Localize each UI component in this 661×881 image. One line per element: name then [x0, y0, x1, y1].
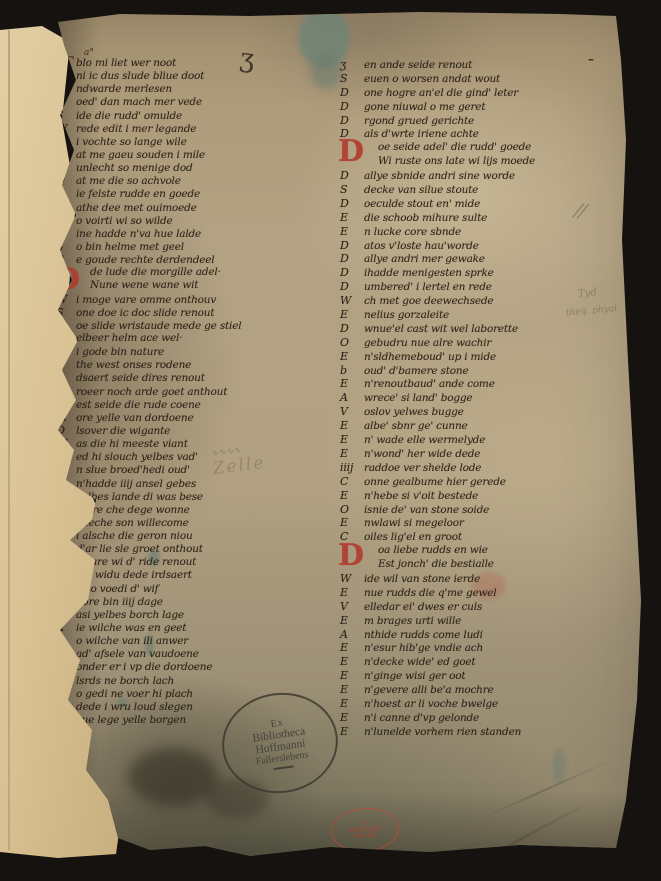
verse-line: Wi moge vare omme onthouv [56, 293, 306, 306]
line-text: ihadde menigesten sprke [364, 267, 494, 279]
line-text: oslov yelwes bugge [364, 406, 464, 418]
verse-line: Po wilche van ili anwer [56, 634, 306, 647]
parchment-leaf: ſ a° ʒ – Cblo mi liet wer nootMni ic dus… [0, 0, 661, 881]
verse-line: de lude die morgille adel· [56, 266, 306, 279]
verse-line: Wi ruste ons late wi lijs moede [340, 155, 608, 169]
line-text: n' wade elle wermelyde [364, 434, 485, 446]
line-text: ie wilche was en geet [76, 622, 186, 634]
line-text: oa liebe rudds en wie [378, 544, 488, 556]
line-initial: E [340, 308, 364, 321]
line-initial: ʒ [340, 58, 364, 71]
verse-line: iiijraddoe ver shelde lode [340, 461, 608, 475]
line-initial: D [340, 100, 364, 113]
line-text: oud' d'bamere stone [364, 365, 468, 377]
verse-line: Velledar ei' dwes er culs [340, 600, 608, 614]
line-initial: W [340, 572, 364, 585]
line-text: yelbes lande di was bese [76, 491, 203, 503]
verse-line: Enwlawi si megeloor [340, 516, 608, 530]
line-text: i vochte so lange wile [76, 136, 187, 148]
verse-line: Datos v'loste hau'worde [340, 239, 608, 253]
verse-line: Be goude rechte derdendeel [56, 253, 306, 266]
verse-line: En'sldhemeboud' up i mide [340, 350, 608, 364]
verse-line: Dallye andri mer gewake [340, 252, 608, 266]
line-text: cue lege yelle borgen [76, 714, 186, 726]
line-initial: D [340, 266, 364, 279]
line-initial: b [340, 364, 364, 377]
line-initial: D [340, 252, 364, 265]
verse-line: oe seide adel' die rudd' goede [340, 141, 608, 155]
rubric-initial-right-1: D [338, 138, 364, 166]
verse-line: Olde widu dede irdsaert [56, 568, 306, 581]
line-initial: E [340, 669, 364, 682]
line-text: i moge vare omme onthouv [76, 294, 216, 306]
verse-line: Edie schoob mihure sulte [340, 211, 608, 225]
verse-line: Aunlecht so menige dod [56, 161, 306, 174]
stamp-line: Berolin. [355, 833, 377, 841]
line-text: umbered' i lertel en rede [364, 281, 492, 293]
verse-line: Seuen o worsen andat wout [340, 72, 608, 86]
line-text: atos v'loste hau'worde [364, 240, 479, 252]
verse-line: boud' d'bamere stone [340, 364, 608, 378]
verse-line: Bathe dee met ouimoede [56, 201, 306, 214]
line-text: lsrds ne borch lach [76, 675, 174, 687]
verse-line: Gi vochte so lange wile [56, 135, 306, 148]
verse-line: Dasi yelbes borch lage [56, 608, 306, 621]
verse-line: Nune wene wane wit [56, 279, 306, 292]
flyleaf-fold-line [8, 30, 10, 850]
verse-line: En'gevere alli be'a mochre [340, 683, 608, 697]
line-initial: C [340, 475, 364, 488]
verse-line: Dumbered' i lertel en rede [340, 280, 608, 294]
line-text: i gode bin nature [76, 346, 164, 358]
line-text: n'gevere alli be'a mochre [364, 684, 494, 696]
line-text: nwlawi si megeloor [364, 517, 464, 529]
verse-line: Do voirti wi so wilde [56, 214, 306, 227]
verse-line: Gobre bin iiij dage [56, 595, 306, 608]
line-initial: O [340, 336, 364, 349]
verse-line: Wide wil van stone ierde [340, 572, 608, 586]
verse-line: Anthide rudds come ludi [340, 628, 608, 642]
verse-line: West seide die rude coene [56, 398, 306, 411]
verse-line: Side die rudd' omulde [56, 109, 306, 122]
verse-line: Conne gealbume hier gerede [340, 475, 608, 489]
line-initial: E [340, 641, 364, 654]
verse-line: Dals d'wrte iriene achte [340, 127, 608, 141]
verse-line: Ogebudru nue alre wachir [340, 336, 608, 350]
line-initial: S [340, 183, 364, 196]
verse-line: Drgond grued gerichte [340, 114, 608, 128]
line-text: gebudru nue alre wachir [364, 337, 491, 349]
verse-line: Dihadde menigesten sprke [340, 266, 608, 280]
line-text: albe' sbnr ge' cunne [364, 420, 468, 432]
line-text: rgond grued gerichte [364, 115, 474, 127]
line-text: onne gealbume hier gerede [364, 476, 506, 488]
line-text: elbeer helm ace wel· [76, 332, 182, 344]
verse-line: Die felste rudde en goede [56, 187, 306, 200]
line-text: en ande seide renout [364, 59, 472, 71]
verse-line: Sone doe ic doc slide renout [56, 306, 306, 319]
line-text: ide die rudd' omulde [76, 110, 182, 122]
verse-line: Alsrds ne borch lach [56, 674, 306, 687]
line-text: o bin helme met geel [76, 241, 184, 253]
verse-line: Ddsaert seide dires renout [56, 371, 306, 384]
verse-line: Dat me die so achvole [56, 174, 306, 187]
line-text: allye sbnide andri sine worde [364, 170, 515, 182]
verse-line: Est jonch' die bestialle [340, 558, 608, 572]
verse-line: Doeculde stout en' mide [340, 197, 608, 211]
line-text: gone niuwal o me geret [364, 101, 485, 113]
verse-line: Croeer noch arde goet anthout [56, 385, 306, 398]
line-initial: E [340, 489, 364, 502]
line-text: one hogre an'el die gind' leter [364, 87, 518, 99]
line-initial: V [340, 405, 364, 418]
line-text: raddoe ver shelde lode [364, 462, 481, 474]
line-text: als d'wrte iriene achte [364, 128, 479, 140]
verse-line: Doe slide wristaude mede ge stiel [56, 319, 306, 332]
verse-line: Olsover die wigante [56, 424, 306, 437]
line-initial: E [340, 211, 364, 224]
line-text: Wi ruste ons late wi lijs moede [378, 155, 535, 167]
teal-spot-4 [553, 748, 565, 782]
line-text: ide wil van stone ierde [364, 573, 480, 585]
line-initial: A [340, 391, 364, 404]
line-initial: E [340, 697, 364, 710]
verse-line: Do so voedi d' wif [56, 582, 306, 595]
line-text: elledar ei' dwes er culs [364, 601, 482, 613]
line-text: n'wond' her wide dede [364, 448, 480, 460]
line-initial: D [340, 169, 364, 182]
line-text: lsover die wigante [76, 425, 170, 437]
line-initial: E [340, 419, 364, 432]
rubric-initial-right-2: D [338, 542, 364, 570]
line-text: n'decke wide' ed goet [364, 656, 475, 668]
line-text: ed hi slouch yelbes vad' [76, 451, 198, 463]
line-text: rede edit i mer legande [76, 123, 196, 135]
verse-line: Wch met goe deewechsede [340, 294, 608, 308]
margin-annotation-1: Tyd [577, 287, 597, 300]
verse-line: En'hoest ar li voche bwelge [340, 697, 608, 711]
verse-line: Dallye sbnide andri sine worde [340, 169, 608, 183]
line-initial: O [340, 503, 364, 516]
verse-line: Andwarde merlesen [56, 82, 306, 95]
line-text: lde widu dede irdsaert [76, 569, 192, 581]
verse-line: ʒen ande seide renout [340, 58, 608, 72]
line-initial: E [340, 586, 364, 599]
verse-line: En'wond' her wide dede [340, 447, 608, 461]
verse-line: Awrece' si land' bogge [340, 391, 608, 405]
verse-line: En'hadde iiij ansel gebes [56, 477, 306, 490]
line-text: o wilche van ili anwer [76, 635, 188, 647]
verse-line: Coiles lig'el en groot [340, 530, 608, 544]
verse-line: Gd'ar lie sle groet onthout [56, 542, 306, 555]
line-initial: E [340, 516, 364, 529]
line-initial: D [340, 322, 364, 335]
line-text: at me die so achvole [76, 175, 181, 187]
line-initial: V [340, 600, 364, 613]
line-text: oe seide adel' die rudd' goede [378, 141, 531, 153]
verse-line: So bin helme met geel [56, 240, 306, 253]
line-text: ie felste rudde en goede [76, 188, 200, 200]
line-text: alleche son willecome [76, 517, 189, 529]
line-text: nthide rudds come ludi [364, 629, 483, 641]
line-text: unlecht so menige dod [76, 162, 192, 174]
manuscript-photo: ſ a° ʒ – Cblo mi liet wer nootMni ic dus… [0, 0, 661, 881]
line-text: oe slide wristaude mede ge stiel [76, 320, 241, 332]
verse-line: En'i canne d'vp gelonde [340, 711, 608, 725]
line-text: wrece' si land' bogge [364, 392, 472, 404]
line-text: ch met goe deewechsede [364, 295, 493, 307]
verse-line: Sdecke van silue stoute [340, 183, 608, 197]
line-text: ad' afsele van vaudoene [76, 648, 199, 660]
line-text: isnie de' van stone soide [364, 504, 489, 516]
line-initial: E [340, 225, 364, 238]
line-text: o gedi ne voer hi plach [76, 688, 193, 700]
line-text: allye andri mer gewake [364, 253, 485, 265]
verse-line: Cblo mi liet wer noot [56, 56, 306, 69]
verse-line: Dgone niuwal o me geret [340, 100, 608, 114]
line-text: i alsche die geron niou [76, 530, 193, 542]
verse-line: Gine hadde n'va hue lalde [56, 227, 306, 240]
verse-column-left: Cblo mi liet wer nootMni ic dus slude bl… [56, 56, 306, 726]
line-text: m brages urti wille [364, 615, 461, 627]
line-initial: D [340, 239, 364, 252]
line-text: ore yelle van dordoene [76, 412, 194, 424]
verse-line: oa liebe rudds en wie [340, 544, 608, 558]
line-text: n'hoest ar li voche bwelge [364, 698, 498, 710]
verse-line: Mni ic dus slude bliue doot [56, 69, 306, 82]
line-text: n lucke core sbnde [364, 226, 461, 238]
verse-line: Dat me gaeu souden i mile [56, 148, 306, 161]
verse-line: elbeer helm ace wel· [56, 332, 306, 345]
verse-line: Bed hi slouch yelbes vad' [56, 450, 306, 463]
verse-line: Oisnie de' van stone soide [340, 503, 608, 517]
line-text: oeculde stout en' mide [364, 198, 480, 210]
gutter-annotation: ∿∿∿∿ Zelle [210, 443, 266, 479]
line-text: athe dee met ouimoede [76, 202, 197, 214]
verse-line: En slue broed'hedi oud' [56, 463, 306, 476]
line-initial: E [340, 350, 364, 363]
line-text: est seide die rude coene [76, 399, 201, 411]
line-text: n slue broed'hedi oud' [76, 464, 190, 476]
verse-line: Voslov yelwes bugge [340, 405, 608, 419]
line-text: Est jonch' die bestialle [378, 558, 494, 570]
line-text: e goude rechte derdendeel [76, 254, 214, 266]
line-text: n'esur hib'ge vndie ach [364, 642, 483, 654]
verse-line: Ealbe' sbnr ge' cunne [340, 419, 608, 433]
verse-line: Done hogre an'el die gind' leter [340, 86, 608, 100]
verse-line: Athe west onses rodene [56, 358, 306, 371]
verse-line: Bad' afsele van vaudoene [56, 647, 306, 660]
line-initial: E [340, 655, 364, 668]
line-text: one doe ic doc slide renout [76, 307, 214, 319]
verse-line: En'hebe si v'oit bestede [340, 489, 608, 503]
line-initial: iiij [340, 461, 364, 474]
line-initial: D [340, 280, 364, 293]
line-initial: E [340, 725, 364, 738]
line-text: n'lunelde vorhem rien standen [364, 726, 521, 738]
verse-line: Aie wilche was en geet [56, 621, 306, 634]
verse-column-right: ʒen ande seide renoutSeuen o worsen anda… [340, 58, 608, 739]
line-text: euen o worsen andat wout [364, 73, 500, 85]
line-text: ndwarde merlesen [76, 83, 172, 95]
line-initial: S [340, 72, 364, 85]
line-text: ine hadde n'va hue lalde [76, 228, 201, 240]
line-text: n'ginge wisi ger oot [364, 670, 465, 682]
line-text: n'renoutbaud' ande come [364, 378, 495, 390]
line-text: de lude die morgille adel· [90, 266, 221, 278]
line-text: ni ic dus slude bliue doot [76, 70, 204, 82]
stamp-underline [273, 765, 293, 770]
line-text: d'ar lie sle groet onthout [76, 543, 203, 555]
line-text: as die hi meeste viant [76, 438, 188, 450]
line-initial: E [340, 447, 364, 460]
line-initial: E [340, 377, 364, 390]
verse-line: More yelle van dordoene [56, 411, 306, 424]
verse-line: En'decke wide' ed goet [340, 655, 608, 669]
line-initial: W [340, 294, 364, 307]
verse-line: En'esur hib'ge vndie ach [340, 641, 608, 655]
teal-stain-top-drip [310, 55, 342, 89]
line-text: asi yelbes borch lage [76, 609, 184, 621]
verse-line: En'ginge wisi ger oot [340, 669, 608, 683]
verse-line: En'renoutbaud' ande come [340, 377, 608, 391]
line-text: n'sldhemeboud' up i mide [364, 351, 496, 363]
line-initial: D [340, 114, 364, 127]
verse-line: En lucke core sbnde [340, 225, 608, 239]
line-text: roeer noch arde goet anthout [76, 386, 227, 398]
verse-line: Wrede edit i mer legande [56, 122, 306, 135]
line-text: the west onses rodene [76, 359, 191, 371]
line-text: oiles lig'el en groot [364, 531, 462, 543]
line-text: nue rudds die q'me gewel [364, 587, 496, 599]
line-initial: E [340, 683, 364, 696]
line-initial: E [340, 433, 364, 446]
verse-line: Wi alsche die geron niou [56, 529, 306, 542]
verse-line: En' wade elle wermelyde [340, 433, 608, 447]
line-text: dede i wru loud slegen [76, 701, 193, 713]
line-text: n'hebe si v'oit bestede [364, 490, 478, 502]
line-text: wnue'el cast wit wel laborette [364, 323, 518, 335]
verse-line: En'lunelde vorhem rien standen [340, 725, 608, 739]
line-text: o voirti wi so wilde [76, 215, 173, 227]
verse-line: Was die hi meeste viant [56, 437, 306, 450]
line-initial: D [340, 197, 364, 210]
line-initial: E [340, 711, 364, 724]
verse-line: Enue rudds die q'me gewel [340, 586, 608, 600]
line-text: Nune wene wane wit [90, 279, 198, 291]
line-text: die schoob mihure sulte [364, 212, 487, 224]
line-text: onder er i vp die dordoene [76, 661, 212, 673]
line-text: n'hadde iiij ansel gebes [76, 478, 196, 490]
verse-line: Boed' dan mach mer vede [56, 95, 306, 108]
verse-line: Wonder er i vp die dordoene [56, 660, 306, 673]
line-initial: E [340, 614, 364, 627]
line-text: n'i canne d'vp gelonde [364, 712, 479, 724]
verse-line: Bi gode bin nature [56, 345, 306, 358]
line-text: oed' dan mach mer vede [76, 96, 202, 108]
line-text: at me gaeu souden i mile [76, 149, 205, 161]
line-text: obre bin iiij dage [76, 596, 163, 608]
line-text: dsaert seide dires renout [76, 372, 205, 384]
line-text: nelius gorzaleite [364, 309, 449, 321]
line-initial: D [340, 86, 364, 99]
verse-line: Em brages urti wille [340, 614, 608, 628]
line-initial: A [340, 628, 364, 641]
verse-line: Walleche son willecome [56, 516, 306, 529]
line-text: decke van silue stoute [364, 184, 478, 196]
line-text: blo mi liet wer noot [76, 57, 176, 69]
verse-line: Dwnue'el cast wit wel laborette [340, 322, 608, 336]
